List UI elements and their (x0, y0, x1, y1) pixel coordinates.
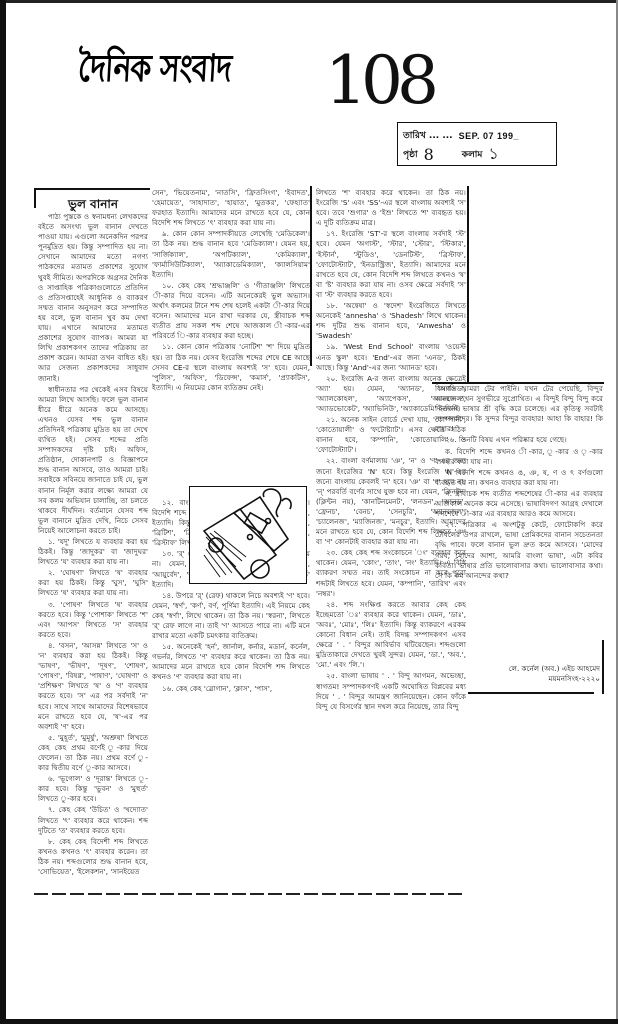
paragraph: ১৫. অনেকেই 'হর্ন', জার্নাল, কর্নার, মডার… (152, 642, 310, 682)
paragraph: ৪. 'বসন', 'আসন্ন' লিখতে 'স' ও 'ন' ব্যবহা… (38, 641, 148, 732)
sidebar-bottom-rule (468, 692, 594, 694)
paragraph: গ. স্ত্রীবাচক শব্দ ব্যতীত শব্দশেষের ী-কা… (435, 489, 603, 519)
scan-border-bottom (0, 1019, 618, 1024)
column-divider-right (467, 186, 469, 382)
stamp-date-label: তারিখ ... ... (403, 128, 453, 143)
scan-border-top (0, 0, 618, 3)
stamp-column-label: কলাম (462, 147, 483, 162)
cartoon-illustration-icon (190, 487, 306, 583)
paragraph: ৮. কেহ কেহ বিদেশী শব্দ লিখতে কখনও কখনও '… (38, 837, 148, 877)
paragraph: পাঠ্য পুস্তকে ও স্বনামধন্য লেখকদের বইতে … (38, 212, 148, 384)
paragraph: বিসর্গও আমরা টের পাইনি। যখন টের পেয়েছি,… (435, 384, 603, 434)
paragraph: ৬. 'ভূগোল' ও 'দূরান্ত' লিখতে ূ-কার হবে। … (38, 774, 148, 804)
stamp-page-label: পৃষ্ঠা (403, 147, 418, 162)
date-page-stamp: তারিখ ... ... SEP. 07 199_ পৃষ্ঠা 8 কলাম… (397, 122, 557, 166)
article-byline: লে. কর্নেল (অব.) এইচ আহমেদ ময়মনসিংহ-২২২… (462, 664, 600, 684)
paragraph: ১৯. 'West End School' বাংলায় 'ওয়েস্ট এ… (316, 342, 466, 372)
paragraph: ৩. 'পোষণ' লিখতে 'ষ' ব্যবহার করতে হবে। কি… (38, 600, 148, 640)
paragraph: সেন', 'ভিয়েতনাম', 'নাতসি', 'ফ্রিতসিংগ',… (152, 188, 310, 228)
paragraph: লিখতে 'শ' ব্যবহার করে থাকেন। তা ঠিক নয়।… (316, 188, 466, 228)
paragraph: ২৬. তিনটি বিষয় এখন পরিষ্কার হয়ে গেছে। (435, 435, 603, 445)
paragraph: খ. বিদেশি শব্দে কখনও ঙ, ঞ, ষ, ণ ও ৎ বর্ণ… (435, 468, 603, 488)
paragraph: ১. 'যদু' লিখতে য ব্যবহার করা হয় ঠিকই। ক… (38, 537, 148, 567)
paragraph: ৯. কোন কোন সম্পাদকীয়তে লেখেছি 'মেডিকেল'… (152, 229, 310, 279)
article-bottom-rule (34, 893, 464, 895)
article-corner-rule (34, 188, 36, 208)
stamp-date-value: SEP. 07 199_ (459, 131, 519, 141)
byline-place: ময়মনসিংহ-২২২০ (462, 674, 600, 684)
column-divider (310, 186, 312, 366)
article-illustration (189, 486, 307, 584)
paragraph: ১৪. উপরে 'র্' (রেফ) থাকলে নিচে অবশ্যই 'ণ… (152, 591, 310, 641)
paragraph: ক. বিদেশি শব্দে কখনও ী-কার, ূ-কার ও ৃ-কা… (435, 447, 603, 467)
newspaper-masthead: দৈনিক সংবাদ (76, 39, 232, 103)
paragraph: ২. 'ঘোষণা' লিখতে 'ষ' ব্যবহার করা হয় ঠিক… (38, 568, 148, 598)
byline-author: লে. কর্নেল (অব.) এইচ আহমেদ (462, 664, 600, 674)
paragraph: ১০. কেহ কেহ 'শ্রদ্ধাঞ্জলি' ও 'গীতাঞ্জলি'… (152, 281, 310, 342)
article-column-1: পাঠ্য পুস্তকে ও স্বনামধন্য লেখকদের বইতে … (38, 212, 148, 892)
sidebar-right-rule (602, 640, 604, 694)
scan-border-left (0, 0, 6, 1024)
handwritten-archive-number: 108 (325, 42, 433, 119)
paragraph: ৭. কেহ কেহ 'উচিত' ও 'খদ্যোত' লিখতে 'ৎ' ব… (38, 805, 148, 835)
illustration-spacer (152, 394, 310, 498)
handwritten-number-text: 108 (325, 42, 433, 119)
stamp-page-row: পৃষ্ঠা 8 কলাম ১ (403, 145, 551, 164)
paragraph: ১১. কোন কোন পত্রিকায় 'নোটিশ' 'শ' দিয়ে … (152, 342, 310, 392)
paragraph: ১৬. কেহ কেহ 'স্লোগান', 'ক্লাস', 'পাস', (152, 684, 310, 694)
paragraph: ৫. 'মুহূর্ত', 'মুমূর্ষু', 'অশ্রুষা' লিখত… (38, 733, 148, 773)
stamp-page-value: 8 (424, 145, 434, 164)
stamp-date-row: তারিখ ... ... SEP. 07 199_ (403, 126, 551, 145)
stamp-column-value: ১ (488, 141, 498, 168)
article-column-4: বিসর্গও আমরা টের পাইনি। যখন টের পেয়েছি,… (435, 384, 603, 694)
paragraph: ১৭. ইংরেজি 'ST'-র স্থলে বাংলায় সর্বদাই … (316, 229, 466, 300)
paragraph: ২৭. পত্রিকার এ অংশটুকু কেটে, ফোটোকপি করে… (435, 520, 603, 581)
article-top-rule-left (34, 188, 150, 190)
paragraph: স্বাধীনতার পর থেকেই এসব বিষয়ে আমরা লিখে… (38, 385, 148, 536)
paragraph: ১৮. 'অন্বেষা' ও 'স্বদেশ' ইংরেজিতে লিখতে … (316, 301, 466, 341)
